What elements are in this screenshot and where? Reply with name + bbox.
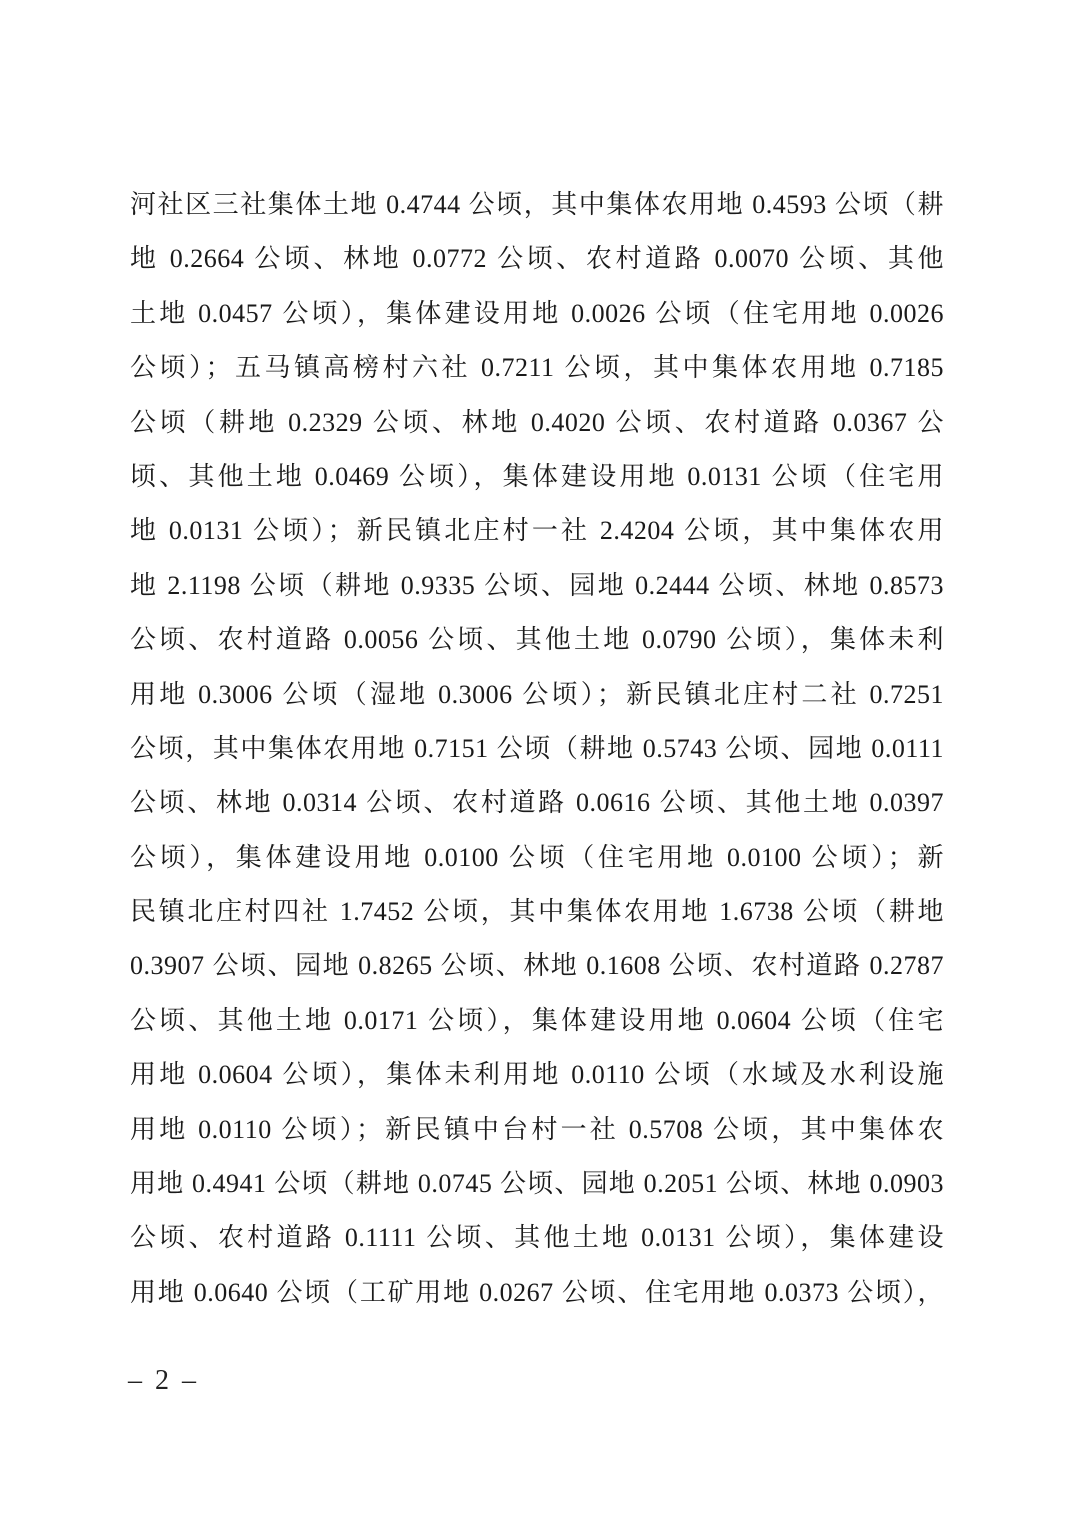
text-line: 公顷）；五马镇高榜村六社 0.7211 公顷，其中集体农用地 0.7185 <box>130 341 944 395</box>
text-line: 公顷，其中集体农用地 0.7151 公顷（耕地 0.5743 公顷、园地 0.0… <box>130 722 944 776</box>
text-line: 用地 0.4941 公顷（耕地 0.0745 公顷、园地 0.2051 公顷、林… <box>130 1157 944 1211</box>
text-line: 用地 0.3006 公顷（湿地 0.3006 公顷）；新民镇北庄村二社 0.72… <box>130 668 944 722</box>
text-line: 民镇北庄村四社 1.7452 公顷，其中集体农用地 1.6738 公顷（耕地 <box>130 885 944 939</box>
text-line: 用地 0.0604 公顷），集体未利用地 0.0110 公顷（水域及水利设施 <box>130 1048 944 1102</box>
text-line: 公顷、农村道路 0.0056 公顷、其他土地 0.0790 公顷），集体未利 <box>130 613 944 667</box>
text-line: 顷、其他土地 0.0469 公顷），集体建设用地 0.0131 公顷（住宅用 <box>130 450 944 504</box>
text-line: 土地 0.0457 公顷），集体建设用地 0.0026 公顷（住宅用地 0.00… <box>130 287 944 341</box>
document-page: 河社区三社集体土地 0.4744 公顷，其中集体农用地 0.4593 公顷（耕 … <box>0 0 1074 1520</box>
text-line: 公顷、其他土地 0.0171 公顷），集体建设用地 0.0604 公顷（住宅 <box>130 994 944 1048</box>
text-line: 0.3907 公顷、园地 0.8265 公顷、林地 0.1608 公顷、农村道路… <box>130 939 944 993</box>
text-line: 用地 0.0640 公顷（工矿用地 0.0267 公顷、住宅用地 0.0373 … <box>130 1266 944 1320</box>
page-number: – 2 – <box>128 1364 199 1398</box>
text-line: 公顷、林地 0.0314 公顷、农村道路 0.0616 公顷、其他土地 0.03… <box>130 776 944 830</box>
text-line: 公顷（耕地 0.2329 公顷、林地 0.4020 公顷、农村道路 0.0367… <box>130 396 944 450</box>
text-line: 用地 0.0110 公顷）；新民镇中台村一社 0.5708 公顷，其中集体农 <box>130 1103 944 1157</box>
document-body: 河社区三社集体土地 0.4744 公顷，其中集体农用地 0.4593 公顷（耕 … <box>130 178 944 1320</box>
text-line: 河社区三社集体土地 0.4744 公顷，其中集体农用地 0.4593 公顷（耕 <box>130 178 944 232</box>
text-line: 公顷、农村道路 0.1111 公顷、其他土地 0.0131 公顷），集体建设 <box>130 1211 944 1265</box>
text-line: 地 0.2664 公顷、林地 0.0772 公顷、农村道路 0.0070 公顷、… <box>130 232 944 286</box>
text-line: 地 0.0131 公顷）；新民镇北庄村一社 2.4204 公顷，其中集体农用 <box>130 504 944 558</box>
text-line: 公顷），集体建设用地 0.0100 公顷（住宅用地 0.0100 公顷）；新 <box>130 831 944 885</box>
text-line: 地 2.1198 公顷（耕地 0.9335 公顷、园地 0.2444 公顷、林地… <box>130 559 944 613</box>
